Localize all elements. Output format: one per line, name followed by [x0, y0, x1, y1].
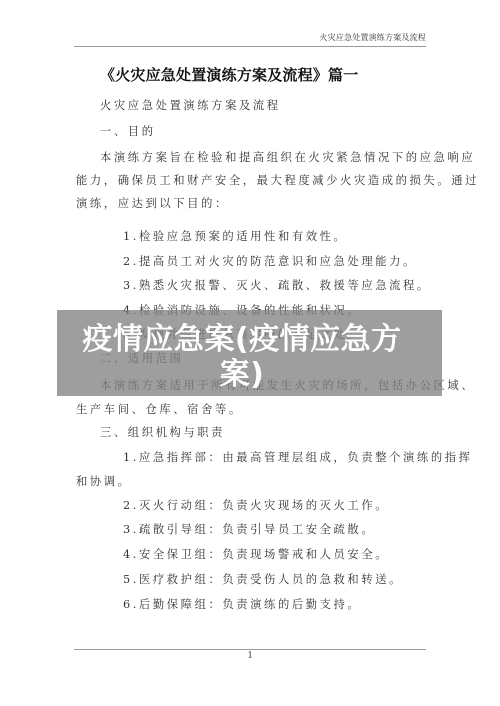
- paragraph-line: 生产车间、仓库、宿舍等。: [76, 403, 243, 417]
- list-item: 2.灭火行动组：负责火灾现场的灭火工作。: [123, 499, 389, 513]
- list-item: 4.安全保卫组：负责现场警戒和人员安全。: [123, 548, 389, 562]
- paragraph-line: 本演练方案旨在检验和提高组织在火灾紧急情况下的应急响应: [100, 151, 475, 165]
- list-item: 3.疏散引导组：负责引导员工安全疏散。: [123, 523, 375, 537]
- list-item-continuation: 和协调。: [76, 475, 132, 489]
- paragraph-line: 演练，应达到以下目的：: [76, 197, 229, 211]
- section-heading-organization: 三、组织机构与职责: [100, 426, 225, 440]
- list-item: 5.医疗救护组：负责受伤人员的急救和转送。: [123, 573, 403, 587]
- list-item: 1.应急指挥部：由最高管理层组成，负责整个演练的指挥: [123, 451, 473, 465]
- overlay-banner: 疫情应急案(疫情应急方案): [57, 310, 442, 396]
- list-item: 6.后勤保障组：负责演练的后勤支持。: [123, 598, 361, 612]
- document-subtitle: 火灾应急处置演练方案及流程: [100, 99, 281, 113]
- list-item: 3.熟悉火灾报警、灭火、疏散、救援等应急流程。: [123, 279, 431, 293]
- banner-title: 疫情应急案(疫情应急方案): [72, 322, 412, 392]
- page-number: 1: [0, 650, 500, 661]
- document-page: 火灾应急处置演练方案及流程 《火灾应急处置演练方案及流程》篇一 火灾应急处置演练…: [0, 0, 500, 706]
- paragraph-line: 能力，确保员工和财产安全，最大程度减少火灾造成的损失。通过: [76, 174, 479, 188]
- document-title: 《火灾应急处置演练方案及流程》篇一: [100, 64, 358, 85]
- section-heading-purpose: 一、目的: [100, 125, 156, 139]
- list-item: 2.提高员工对火灾的防范意识和应急处理能力。: [123, 255, 417, 269]
- running-header: 火灾应急处置演练方案及流程: [319, 32, 426, 43]
- header-rule: [74, 46, 426, 47]
- list-item: 1.检验应急预案的适用性和有效性。: [123, 230, 347, 244]
